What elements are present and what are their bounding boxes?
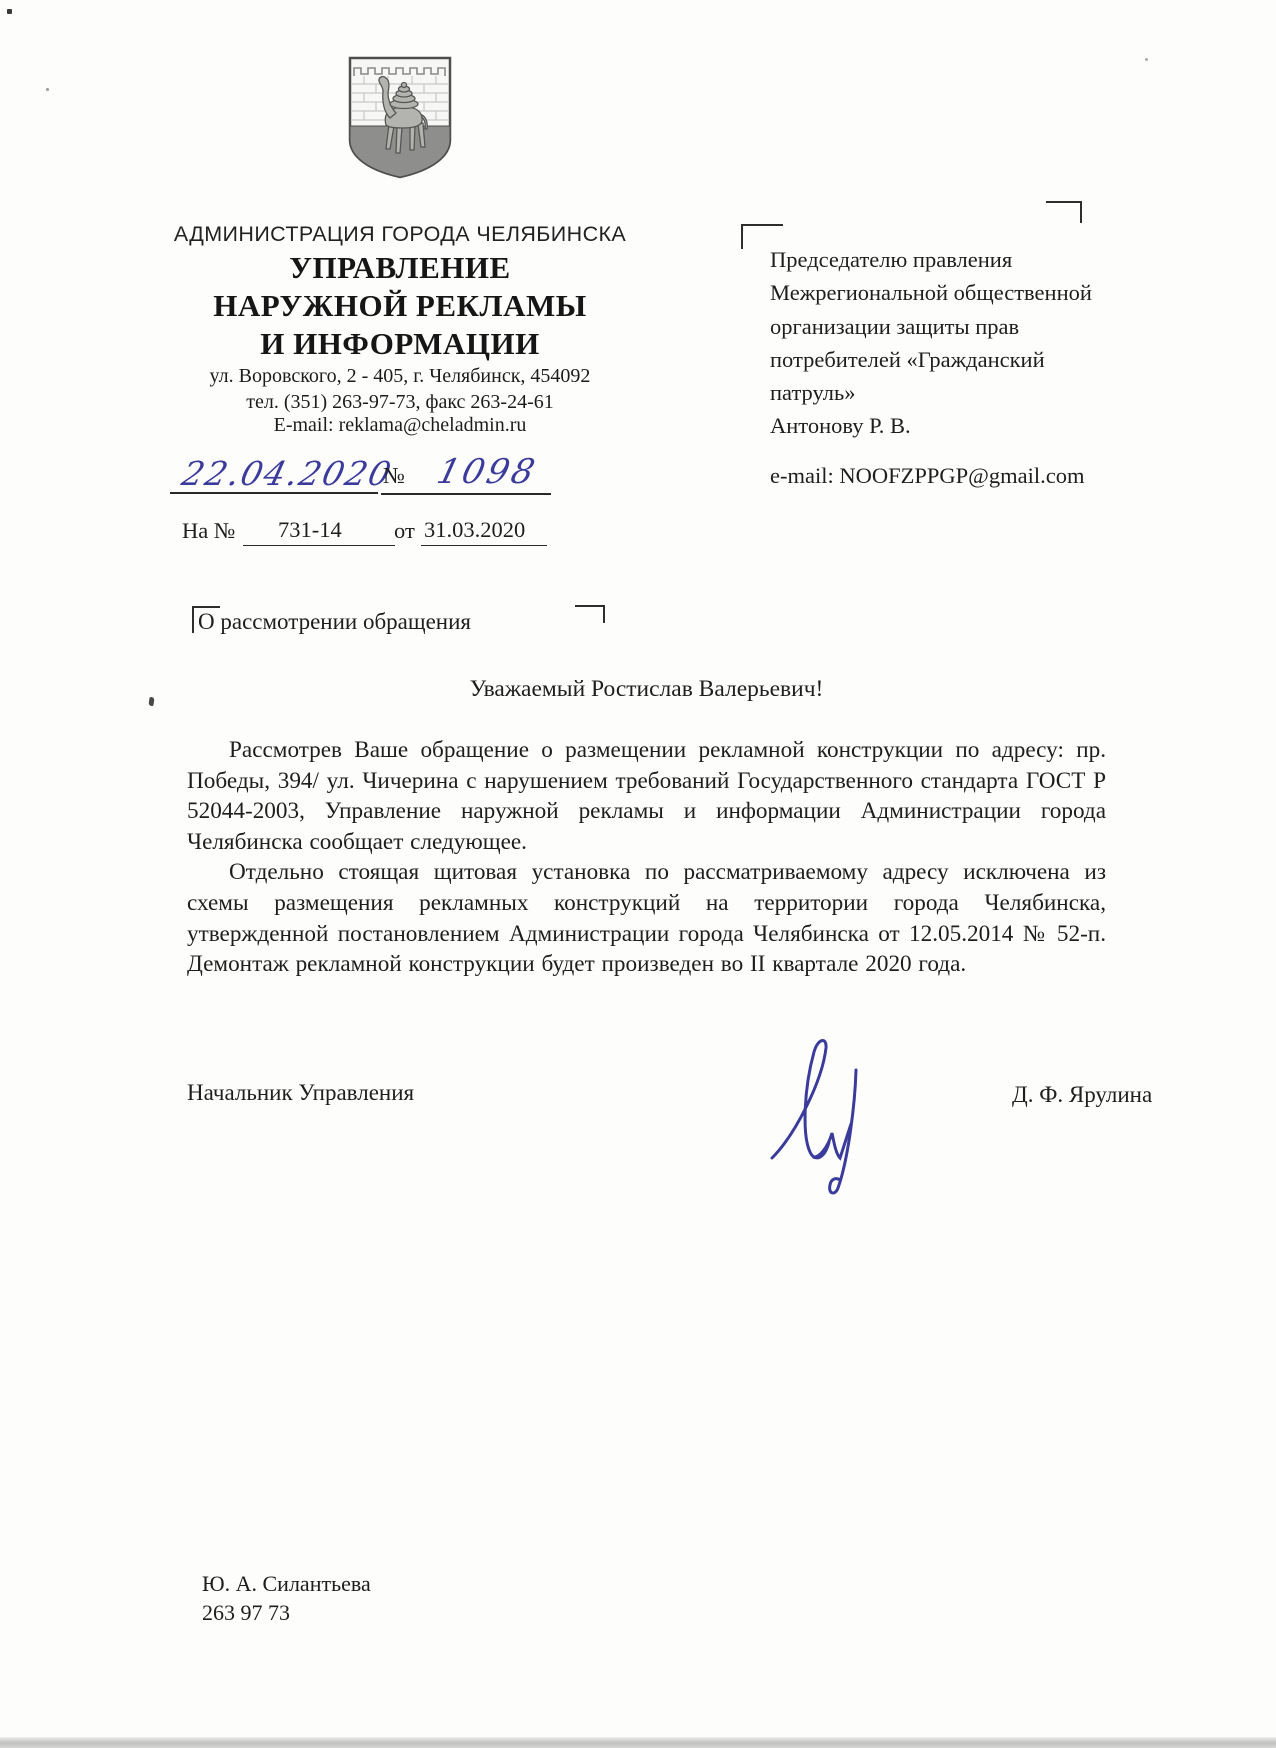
subject-line: О рассмотрении обращения [198,609,471,635]
executor-phone: 263 97 73 [202,1600,290,1626]
scan-speck [7,9,12,14]
outgoing-date-underline [170,492,378,494]
signer-name: Д. Ф. Ярулина [1012,1082,1152,1108]
recipient-line: патруль» [770,376,1122,409]
salutation: Уважаемый Ростислав Валерьевич! [187,676,1106,703]
outgoing-number-underline [381,493,551,495]
outgoing-number-sign: № [383,463,405,489]
recipient-line: потребителей «Гражданский [770,343,1122,376]
scan-speck [1145,58,1148,61]
recipient-line: Председателю правления [770,243,1122,276]
signer-position-title: Начальник Управления [187,1080,414,1106]
incoming-ref-date: 31.03.2020 [424,517,525,543]
scan-speck [46,88,49,91]
handwritten-signature [760,1030,882,1202]
executor-name: Ю. А. Силантьева [202,1571,371,1597]
recipient-line: Антонову Р. В. [770,409,1122,442]
scanner-edge-shadow [0,1737,1276,1748]
incoming-ref-number-underline [243,545,395,546]
incoming-ref-from-label: от [394,518,415,544]
scan-speck [999,297,1002,300]
recipient-line: организации защиты прав [770,310,1122,343]
subject-corner-mark-right [575,605,605,623]
recipient-address-block: Председателю правления Межрегиональной о… [770,243,1122,443]
incoming-ref-prefix: На № [182,518,235,544]
recipient-email: e-mail: NOOFZPPGP@gmail.com [770,463,1084,489]
scanned-letter-page: АДМИНИСТРАЦИЯ ГОРОДА ЧЕЛЯБИНСКА УПРАВЛЕН… [0,0,1276,1748]
outgoing-number-handwritten: 1098 [433,452,542,492]
org-dept-line2: НАРУЖНОЙ РЕКЛАМЫ [140,288,660,324]
chelyabinsk-coat-of-arms-icon [344,54,456,180]
org-phone: тел. (351) 263-97-73, факс 263-24-61 [140,391,660,414]
recipient-corner-mark-right [1046,201,1082,223]
outgoing-date-handwritten: 22.04.2020 [178,454,397,493]
org-address: ул. Воровского, 2 - 405, г. Челябинск, 4… [140,365,660,388]
org-dept-line3: И ИНФОРМАЦИИ [140,326,660,362]
recipient-line: Межрегиональной общественной [770,276,1122,309]
incoming-ref-date-underline [421,545,547,546]
org-admin-line: АДМИНИСТРАЦИЯ ГОРОДА ЧЕЛЯБИНСКА [140,222,660,247]
letter-body: Рассмотрев Ваше обращение о размещении р… [187,735,1106,980]
org-email: E-mail: reklama@cheladmin.ru [140,414,660,437]
scan-speck [148,697,154,707]
incoming-ref-number: 731-14 [278,517,342,543]
body-paragraph-2: Отдельно стоящая щитовая установка по ра… [187,857,1106,979]
body-paragraph-1: Рассмотрев Ваше обращение о размещении р… [187,735,1106,857]
org-dept-line1: УПРАВЛЕНИЕ [140,250,660,286]
